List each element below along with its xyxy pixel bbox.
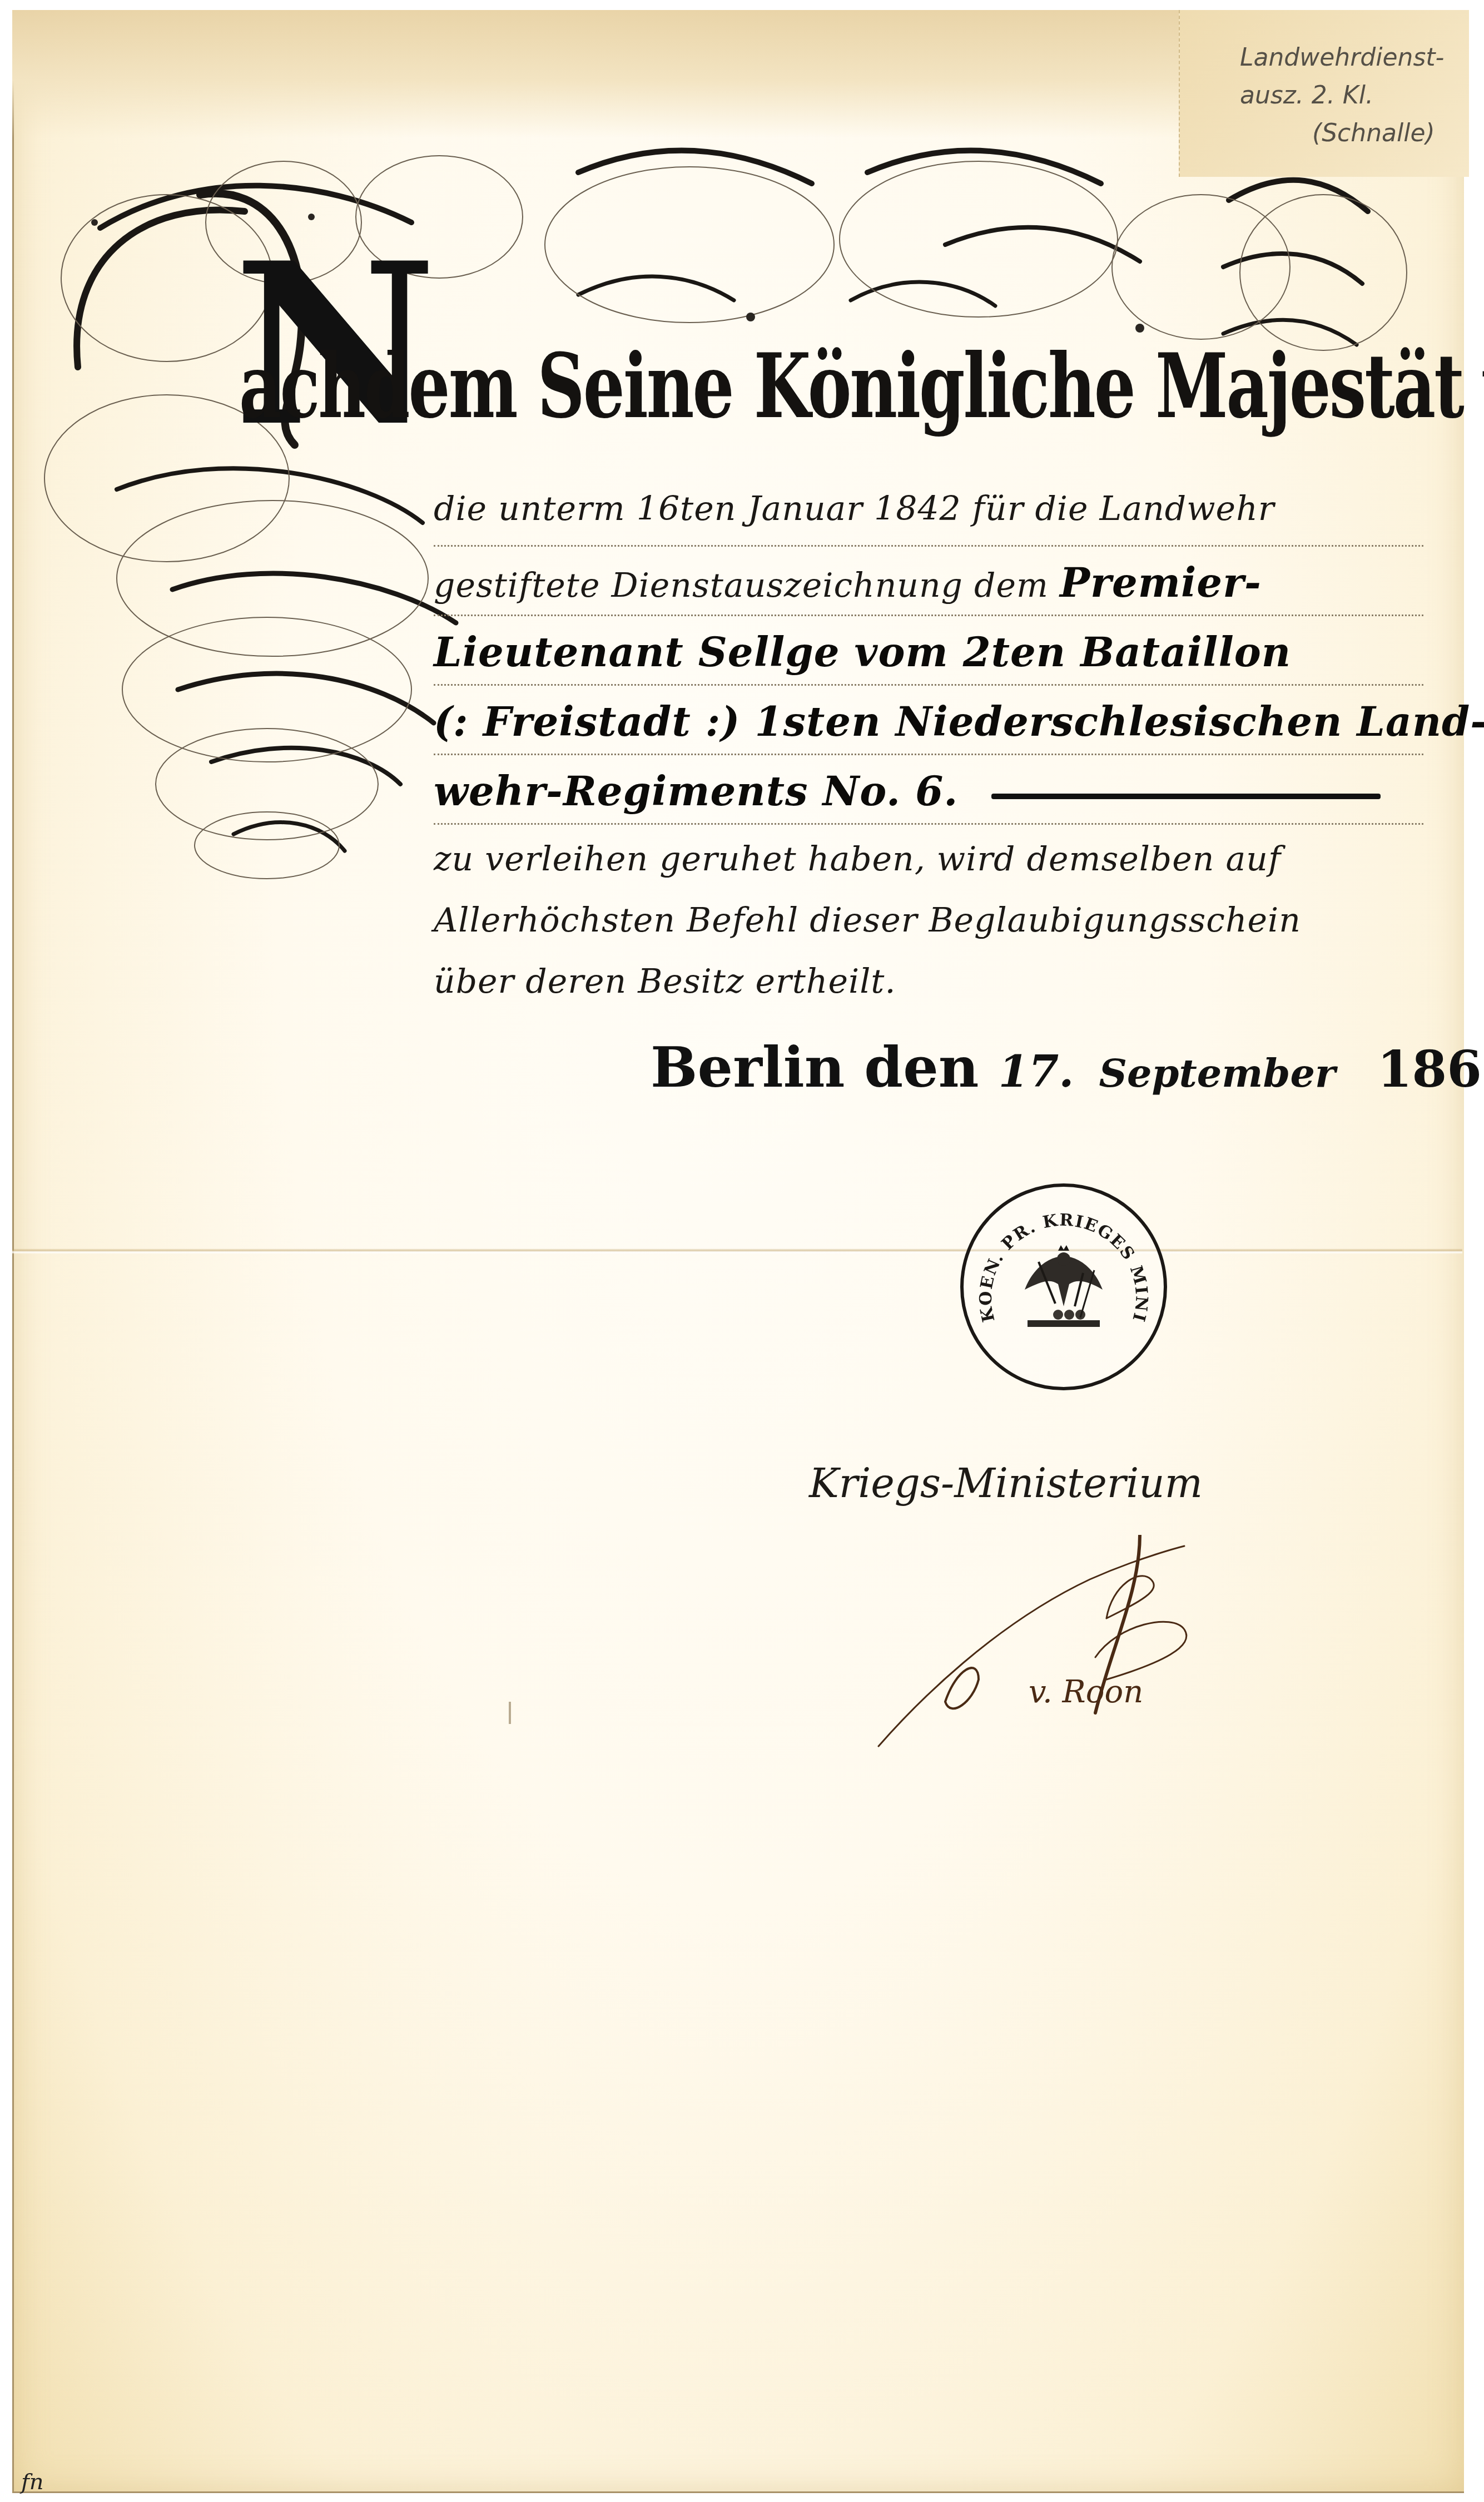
date-place: Berlin den (651, 1034, 979, 1100)
body-text: die unterm 16ten Januar 1842 für die Lan… (434, 489, 1274, 528)
body-line: Lieutenant Sellge vom 2ten Bataillon (434, 628, 1423, 686)
faint-ink-mark (509, 1702, 511, 1724)
annotation-line: Landwehrdienst- (1240, 39, 1473, 77)
corner-mark: fn (21, 2469, 44, 2495)
annotation-line: ausz. 2. Kl. (1240, 77, 1473, 115)
blank-rule (991, 794, 1381, 799)
issuer-name: Kriegs-Ministerium (809, 1460, 1203, 1507)
body-text: zu verleihen geruhet haben, wird demselb… (434, 840, 1281, 879)
body-line: zu verleihen geruhet haben, wird demselb… (434, 840, 1423, 895)
rank-field: Premier- (1060, 559, 1262, 606)
date-line: Berlin den 17. September 1867 (651, 1034, 1484, 1112)
signature: v. Roon (1029, 1674, 1143, 1710)
date-day: 17. (999, 1047, 1074, 1097)
body-line: (: Freistadt :) 1sten Niederschlesischen… (434, 698, 1423, 755)
ministry-seal: KOEN. PR. KRIEGES MINISTERIUM. (960, 1183, 1167, 1390)
body-line: über deren Besitz ertheilt. (434, 962, 1423, 1018)
date-month: September (1099, 1050, 1335, 1096)
body-line: gestiftete Dienstauszeichnung dem Premie… (434, 559, 1423, 616)
body-text: gestiftete Dienstauszeichnung dem (434, 566, 1060, 605)
headline: achdem Seine Königliche Majestät von Pre… (239, 334, 1451, 484)
body-text: Allerhöchsten Befehl dieser Beglaubigung… (434, 901, 1301, 940)
body-line: wehr-Regiments No. 6. (434, 767, 1423, 825)
date-year: 1867 (1377, 1040, 1484, 1099)
eagle-emblem-icon (1016, 1240, 1111, 1334)
signature-flourish (851, 1535, 1296, 1757)
regiment-field: (: Freistadt :) 1sten Niederschlesischen… (434, 698, 1484, 745)
name-unit-field: Lieutenant Sellge vom 2ten Bataillon (434, 628, 1291, 676)
horizontal-fold-line (12, 1248, 1462, 1254)
body-line: die unterm 16ten Januar 1842 für die Lan… (434, 489, 1423, 547)
body-line: Allerhöchsten Befehl dieser Beglaubigung… (434, 901, 1423, 957)
body-text: über deren Besitz ertheilt. (434, 962, 896, 1001)
regiment-number-field: wehr-Regiments No. 6. (434, 767, 958, 815)
